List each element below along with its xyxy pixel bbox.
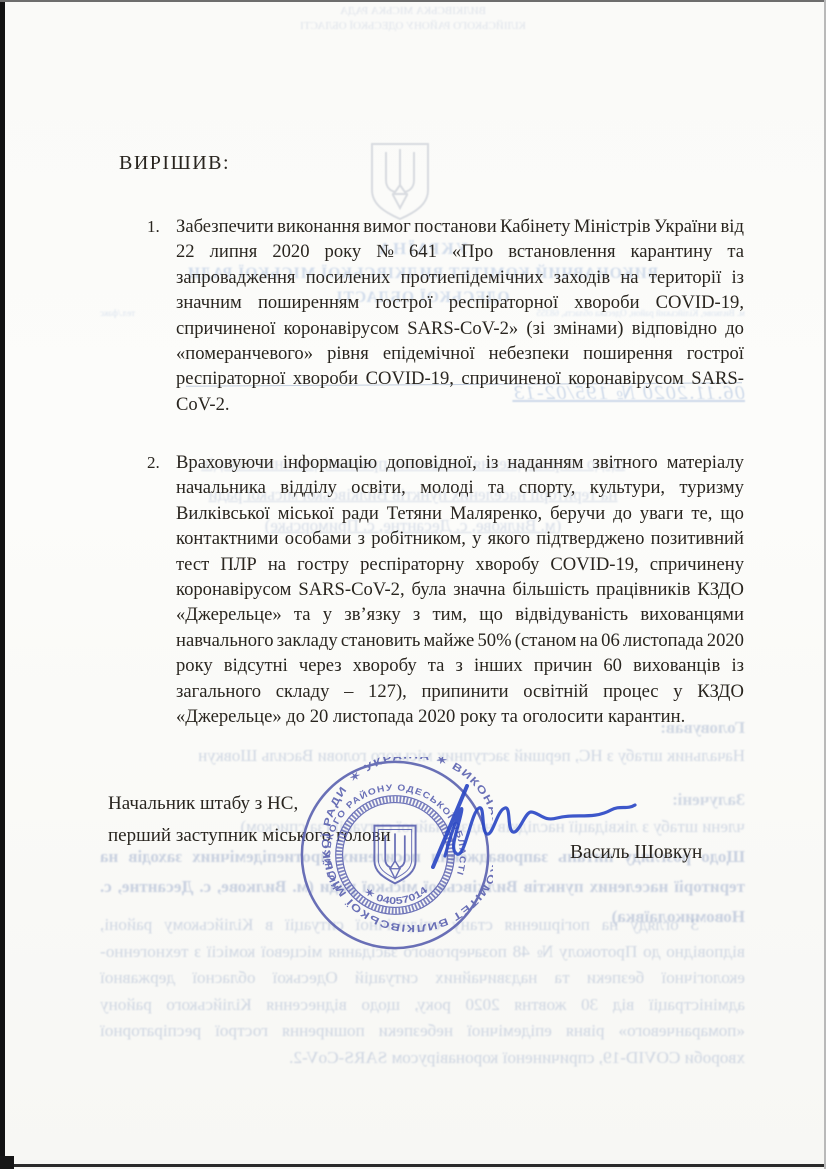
scan-edge-bottom xyxy=(0,1164,826,1167)
text-line: «Джерельце»таузв’язкузтим,щовідвідуваніс… xyxy=(176,602,744,627)
scan-edge-top xyxy=(0,0,826,2)
text-line: начальникавідділуосвіти,молодітаспорту,к… xyxy=(176,475,744,500)
text-line: загальногоскладу–127),припинитиосвітнійп… xyxy=(176,679,744,704)
list-item-1-text: ЗабезпечитивиконаннявимогпостановиКабіне… xyxy=(176,214,744,417)
text-line: навчальногозакладустановитьмайже50%(стан… xyxy=(176,628,744,653)
signoff-role-line1: Начальник штабу з НС, xyxy=(108,793,298,815)
svg-text:✶ 04057014 ✶: ✶ 04057014 ✶ xyxy=(297,757,430,907)
list-item-1-number: 1. xyxy=(147,217,160,237)
scan-edge-corner xyxy=(0,1156,14,1169)
list-item-2-text: Враховуючиінформаціюдоповідної,ізнадання… xyxy=(176,450,744,729)
text-line: 22липня2020року№641«Провстановленнякаран… xyxy=(176,239,744,264)
text-line: CoV-2. xyxy=(176,392,744,417)
text-line: ЗабезпечитивиконаннявимогпостановиКабіне… xyxy=(176,214,744,239)
text-line: респіраторноїхворобиCOVID-19,спричиненої… xyxy=(176,366,744,391)
bleedthrough-text: тел./факс xyxy=(100,308,135,318)
decision-heading: ВИРІШИВ: xyxy=(119,152,230,175)
text-line: значнимпоширеннямгостроїреспіраторноїхво… xyxy=(176,290,744,315)
bleedthrough-text: КІЛІЙСЬКОГО РАЙОНУ ОДЕСЬКОЇ ОБЛАСТІ xyxy=(240,19,586,34)
text-line: рокувідсутнічерезхворобутазіншихпричин60… xyxy=(176,653,744,678)
stamp-code-text: ✶ 04057014 ✶ xyxy=(297,757,430,907)
bleedthrough-text: ВИЛКІВСЬКА МІСЬКА РАДА xyxy=(240,4,586,19)
text-line: «померанчевого»рівняепідемічноїнебезпеки… xyxy=(176,341,744,366)
bleedthrough-top-letterhead: ВИЛКІВСЬКА МІСЬКА РАДА КІЛІЙСЬКОГО РАЙОН… xyxy=(240,4,586,34)
text-line: ВилківськоїміськоїрадиТетяниМаляренко,бе… xyxy=(176,501,744,526)
scan-edge-left xyxy=(0,0,5,1169)
text-line: запровадженняпосиленихпротиепідемічнихза… xyxy=(176,265,744,290)
text-line: коронавірусомSARS-CoV-2,булазначнабільші… xyxy=(176,577,744,602)
list-item-2-number: 2. xyxy=(147,453,160,473)
tryzub-emblem-watermark-icon xyxy=(366,140,434,222)
text-line: тестПЛРнагоструреспіраторнухворобуCOVID-… xyxy=(176,552,744,577)
text-line: «Джерельце» до 20 листопада 2020 року та… xyxy=(176,704,744,729)
scanned-decision-document: ВИЛКІВСЬКА МІСЬКА РАДА КІЛІЙСЬКОГО РАЙОН… xyxy=(0,0,826,1169)
handwritten-signature-icon xyxy=(415,770,650,875)
text-line: спричиненоїкоронавірусомSARS-CoV-2»(зізм… xyxy=(176,316,744,341)
text-line: контактнимиособамизробітником,уякогопідт… xyxy=(176,526,744,551)
text-line: Враховуючиінформаціюдоповідної,ізнадання… xyxy=(176,450,744,475)
